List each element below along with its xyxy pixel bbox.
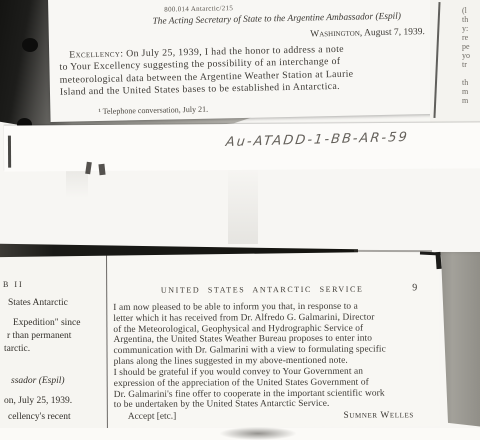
paragraph-line: to be undertaken by the United States An… bbox=[114, 399, 385, 411]
annotation-strip: Au-ATADD-1-BB-AR-59 bbox=[4, 122, 480, 171]
main-printed-page: UNITED STATES ANTARCTIC SERVICE 9 I am n… bbox=[106, 250, 440, 428]
cut-off-text: (l bbox=[462, 6, 470, 15]
salutation: Excellency: bbox=[69, 48, 123, 60]
fragment-line: ssador (Espil) bbox=[11, 376, 65, 386]
fragment-line: cellency's recent bbox=[8, 412, 71, 422]
strip-edge-mark bbox=[8, 136, 11, 168]
paragraph-line: expression of the appreciation of the Un… bbox=[114, 377, 385, 389]
fragment-line: r than permanent bbox=[7, 331, 71, 341]
right-page-fragment: (l th y: re pe yo tr th m m bbox=[430, 0, 480, 123]
closing-phrase: Accept [etc.] bbox=[128, 412, 176, 422]
left-page-fragment: B II States Antarctic Expedition" since … bbox=[0, 252, 106, 428]
running-header: UNITED STATES ANTARCTIC SERVICE bbox=[147, 285, 377, 295]
scan-smudge bbox=[98, 164, 105, 176]
punch-hole bbox=[22, 38, 38, 52]
scan-smudge-blob bbox=[220, 427, 296, 440]
scanned-document-page: 800.014 Antarctic/215 The Acting Secreta… bbox=[0, 0, 480, 440]
signature: Sumner Welles bbox=[344, 410, 414, 420]
fragment-line: B II bbox=[3, 280, 24, 289]
handwritten-archive-reference: Au-ATADD-1-BB-AR-59 bbox=[225, 130, 410, 150]
cut-off-text: m bbox=[462, 87, 470, 96]
dateline: Washington, August 7, 1939. bbox=[310, 27, 425, 39]
scan-streak bbox=[228, 166, 258, 244]
letter-body: Excellency: On July 25, 1939, I had the … bbox=[59, 44, 354, 100]
fragment-line: States Antarctic bbox=[8, 298, 68, 308]
cut-off-text: yo bbox=[462, 51, 470, 60]
fragment-line: on, July 25, 1939. bbox=[4, 396, 72, 406]
footnote: ¹ Telephone conversation, July 21. bbox=[98, 105, 208, 116]
paragraph-1: I am now pleased to be able to inform yo… bbox=[113, 302, 386, 368]
cut-off-text: pe bbox=[462, 42, 470, 51]
cut-off-text: y: bbox=[462, 24, 470, 33]
cut-off-text: tr bbox=[462, 60, 470, 69]
fragment-line: Expedition" since bbox=[13, 318, 80, 328]
scan-smudge bbox=[85, 162, 92, 175]
cut-off-text bbox=[462, 69, 470, 78]
fragment-line: tarctic. bbox=[4, 344, 30, 354]
archive-file-number: 800.014 Antarctic/215 bbox=[164, 4, 233, 13]
dateline-date: August 7, 1939. bbox=[362, 27, 425, 38]
top-letter-page: 800.014 Antarctic/215 The Acting Secreta… bbox=[48, 0, 441, 122]
cut-off-text: re bbox=[462, 33, 470, 42]
cut-off-text-column: (l th y: re pe yo tr th m m bbox=[462, 6, 470, 105]
cut-off-text: th bbox=[462, 78, 470, 87]
page-number: 9 bbox=[412, 282, 417, 293]
paragraph-line: letter which it has received from Dr. Al… bbox=[113, 312, 385, 324]
cut-off-text: th bbox=[462, 15, 470, 24]
page-crease-line bbox=[433, 2, 440, 118]
letter-title: The Acting Secretary of State to the Arg… bbox=[152, 12, 401, 27]
dateline-place: Washington, bbox=[310, 28, 362, 39]
paragraph-line: Dr. Galmarini's fine offer to cooperate … bbox=[114, 388, 385, 400]
cut-off-text: m bbox=[462, 96, 470, 105]
paragraph-2: I should be grateful if you would convey… bbox=[114, 367, 385, 412]
